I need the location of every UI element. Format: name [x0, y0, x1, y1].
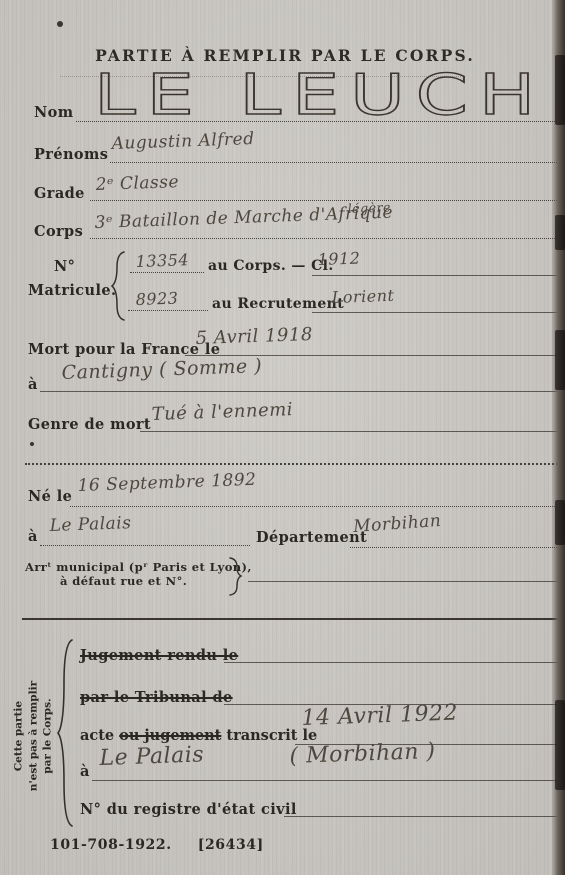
mort-date-handwriting: 5 Avril 1918 — [195, 324, 313, 349]
rule-nom — [76, 121, 565, 122]
label-au-corps-classe: au Corps. — Cl. — [208, 258, 334, 274]
rule-naissance-lieu — [40, 545, 250, 546]
section-divider — [22, 618, 565, 620]
rule-classe — [312, 275, 565, 276]
arrondissement-brace — [228, 556, 243, 598]
naissance-lieu-handwriting: Le Palais — [49, 513, 131, 536]
naissance-date-handwriting: 16 Septembre 1892 — [77, 470, 256, 496]
rule-transcrit-lieu — [92, 780, 565, 781]
transcrit-lieu-handwriting: Le Palais — [99, 742, 204, 771]
mort-lieu-handwriting: Cantigny ( Somme ) — [61, 355, 262, 384]
scan-edge-blot — [555, 330, 565, 390]
label-arrondissement-line2: à défaut rue et N°. — [60, 574, 187, 588]
label-a-transcription: à — [80, 763, 90, 780]
grade-handwriting: 2ᵉ Classe — [95, 172, 179, 195]
genre-mort-handwriting: Tué à l'ennemi — [151, 399, 293, 425]
label-prenoms: Prénoms — [34, 146, 108, 163]
ink-speck — [30, 442, 34, 446]
imprint-number: 101-708-1922. — [50, 837, 172, 853]
label-au-recrutement: au Recrutement — [212, 296, 344, 312]
matricule-corps-number-handwriting: 13354 — [135, 250, 189, 271]
scanned-death-record: PARTIE À REMPLIR PAR LE CORPS. LE LEUCH … — [0, 0, 565, 875]
ink-speck — [57, 21, 63, 27]
acte-prefix: acte — [80, 727, 114, 744]
rule-continuation — [25, 463, 565, 465]
label-nom: Nom — [34, 104, 73, 121]
side-note-line: par le Corps. — [41, 654, 56, 819]
label-jugement-rendu: Jugement rendu le — [80, 647, 238, 664]
scan-edge-shadow — [552, 0, 565, 875]
corps-handwriting: 3ᵉ Bataillon de Marche d'Afrique — [94, 203, 393, 233]
rule-naissance-date — [70, 506, 565, 507]
rule-genre-mort — [140, 431, 565, 432]
matricule-brace — [110, 250, 126, 322]
scan-edge-blot — [555, 55, 565, 125]
transcription-brace — [56, 638, 74, 828]
surname-handwritten-block: LE LEUCH — [92, 64, 562, 126]
transcrit-lieu-dept-handwriting: ( Morbihan ) — [289, 739, 436, 769]
label-numero: N° — [54, 258, 75, 275]
label-genre-de-mort: Genre de mort — [28, 416, 151, 433]
departement-handwriting: Morbihan — [353, 511, 442, 537]
rule-departement — [350, 547, 565, 548]
classe-handwriting: 1912 — [317, 249, 360, 269]
rule-recrutement — [312, 312, 565, 313]
label-tribunal: par le Tribunal de — [80, 689, 233, 706]
matricule-recrutement-number-handwriting: 8923 — [135, 289, 178, 309]
print-imprint: 101-708-1922.[26434] — [50, 837, 264, 853]
rule-prenoms — [110, 162, 565, 163]
label-arrondissement-line1: Arrᵗ municipal (pʳ Paris et Lyon), — [25, 560, 252, 574]
side-note-vertical: Cette partie n'est pas à remplir par le … — [11, 654, 55, 819]
prenoms-handwriting: Augustin Alfred — [111, 129, 255, 154]
recrutement-lieu-handwriting: Lorient — [331, 286, 394, 307]
label-a-mort: à — [28, 376, 38, 393]
label-matricule: Matricule. — [28, 282, 116, 299]
rule-registre — [284, 816, 565, 817]
scan-edge-blot — [555, 215, 565, 250]
rule-grade — [90, 200, 565, 201]
side-note-line: Cette partie — [11, 654, 26, 819]
rule-mort-lieu — [40, 391, 565, 392]
rule-corps — [90, 238, 565, 239]
label-a-naissance: à — [28, 528, 38, 545]
label-corps: Corps — [34, 223, 83, 240]
rule-arrondissement — [248, 581, 565, 582]
label-ne-le: Né le — [28, 488, 72, 505]
rule-jugement — [224, 662, 565, 663]
rule-matricule-recrutement-number — [128, 310, 208, 311]
transcrit-date-handwriting: 14 Avril 1922 — [301, 701, 458, 731]
side-note-line: n'est pas à remplir — [26, 654, 41, 819]
label-departement: Département — [256, 529, 367, 546]
label-registre-etat-civil: N° du registre d'état civil — [80, 801, 297, 818]
rule-matricule-corps-number — [130, 272, 204, 273]
acte-struck-words: ou jugement — [119, 727, 221, 744]
imprint-ref: [26434] — [198, 837, 264, 853]
surname-text: LE LEUCH — [94, 63, 546, 128]
scan-edge-blot — [555, 700, 565, 790]
label-grade: Grade — [34, 185, 85, 202]
scan-edge-blot — [555, 500, 565, 545]
